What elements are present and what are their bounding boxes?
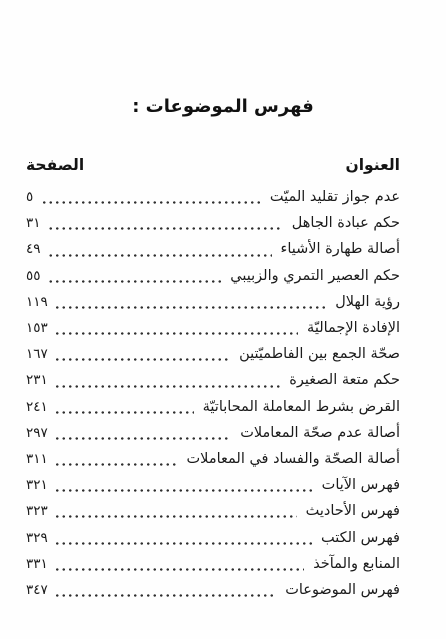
- entry-page-number: ١١٩: [26, 294, 56, 310]
- entry-title: صحّة الجمع بين الفاطميّتين: [230, 346, 400, 362]
- toc-entry: عدم جواز تقليد الميّت ٥: [26, 184, 400, 210]
- toc-entry: المنابع والمآخذ ٣٣١: [26, 551, 400, 577]
- toc-entry: الإفادة الإجماليّة ١٥٣: [26, 315, 400, 341]
- toc-entry: حكم العصير التمري والزبيبي ٥٥: [26, 263, 400, 289]
- toc-content: العنوان الصفحة عدم جواز تقليد الميّت ٥ ح…: [26, 153, 400, 603]
- entry-page-number: ٣٤٧: [26, 582, 56, 598]
- toc-entry: أصالة طهارة الأشياء ٤٩: [26, 236, 400, 262]
- entry-title: رؤية الهلال: [326, 294, 400, 310]
- entry-title: القرض بشرط المعاملة المحاباتيّة: [194, 399, 400, 415]
- toc-entry: رؤية الهلال ١١٩: [26, 289, 400, 315]
- toc-entry: القرض بشرط المعاملة المحاباتيّة ٢٤١: [26, 394, 400, 420]
- toc-entry: فهرس الموضوعات ٣٤٧: [26, 577, 400, 603]
- toc-entry: فهرس الآيات ٣٢١: [26, 472, 400, 498]
- entry-title: أصالة الصحّة والفساد في المعاملات: [178, 451, 400, 467]
- entry-page-number: ٣٢١: [26, 477, 56, 493]
- toc-header-title-column: العنوان: [346, 156, 400, 174]
- entry-page-number: ٣٢٩: [26, 530, 56, 546]
- toc-header: العنوان الصفحة: [26, 153, 400, 177]
- page-title: فهرس الموضوعات :: [0, 0, 446, 117]
- toc-list: عدم جواز تقليد الميّت ٥ حكم عبادة الجاهل…: [26, 184, 400, 603]
- entry-title: فهرس الأحاديث: [297, 503, 400, 519]
- toc-entry: أصالة عدم صحّة المعاملات ٢٩٧: [26, 420, 400, 446]
- toc-entry: حكم متعة الصغيرة ٢٣١: [26, 367, 400, 393]
- entry-page-number: ٥: [26, 189, 41, 205]
- entry-title: حكم عبادة الجاهل: [283, 215, 400, 231]
- entry-page-number: ٣٢٣: [26, 503, 56, 519]
- entry-title: حكم العصير التمري والزبيبي: [221, 268, 400, 284]
- entry-page-number: ١٦٧: [26, 346, 56, 362]
- entry-page-number: ٥٥: [26, 268, 49, 284]
- toc-entry: أصالة الصحّة والفساد في المعاملات ٣١١: [26, 446, 400, 472]
- entry-page-number: ١٥٣: [26, 320, 56, 336]
- toc-entry: فهرس الأحاديث ٣٢٣: [26, 498, 400, 524]
- entry-title: عدم جواز تقليد الميّت: [261, 189, 400, 205]
- entry-page-number: ٣٣١: [26, 556, 56, 572]
- toc-entry: صحّة الجمع بين الفاطميّتين ١٦٧: [26, 341, 400, 367]
- entry-page-number: ٢٩٧: [26, 425, 56, 441]
- entry-title: الإفادة الإجماليّة: [298, 320, 400, 336]
- entry-page-number: ٢٤١: [26, 399, 56, 415]
- entry-title: حكم متعة الصغيرة: [280, 372, 400, 388]
- toc-header-page-column: الصفحة: [26, 156, 84, 174]
- entry-title: أصالة عدم صحّة المعاملات: [231, 425, 400, 441]
- entry-page-number: ٣١: [26, 215, 49, 231]
- entry-title: أصالة طهارة الأشياء: [272, 241, 400, 257]
- toc-entry: فهرس الكتب ٣٢٩: [26, 524, 400, 550]
- entry-title: فهرس الآيات: [313, 477, 400, 493]
- entry-page-number: ٤٩: [26, 241, 49, 257]
- toc-entry: حكم عبادة الجاهل ٣١: [26, 210, 400, 236]
- entry-page-number: ٢٣١: [26, 372, 56, 388]
- entry-title: فهرس الكتب: [312, 530, 400, 546]
- entry-title: فهرس الموضوعات: [276, 582, 400, 598]
- entry-title: المنابع والمآخذ: [304, 556, 400, 572]
- entry-page-number: ٣١١: [26, 451, 56, 467]
- book-page: فهرس الموضوعات : العنوان الصفحة عدم جواز…: [0, 0, 446, 639]
